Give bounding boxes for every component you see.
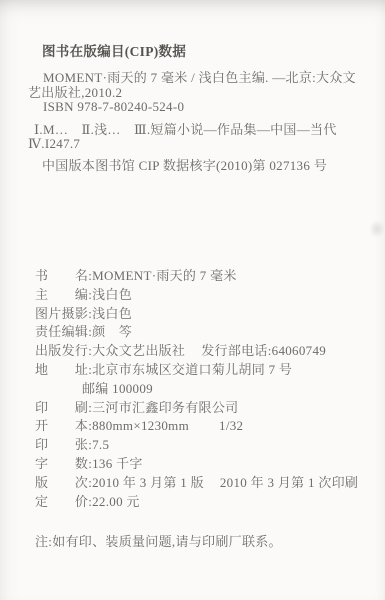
row-label: 出版发行: [35, 342, 88, 361]
row-value: 颜 笒: [92, 324, 132, 339]
cip-entry-line-2: 艺出版社,2010.2: [28, 86, 361, 101]
row-label: 图片摄影: [35, 305, 88, 324]
classification-line-2: Ⅳ.I247.7: [28, 137, 361, 151]
colophon-row-responsible-editor: 责任编辑:颜 笒: [28, 323, 361, 342]
row-value: 北京市东城区交道口菊儿胡同 7 号: [92, 362, 292, 377]
colophon-row-format: 开 本:880mm×1230mm1/32: [28, 417, 361, 436]
row-value-secondary: 1/32: [219, 418, 243, 433]
row-value: MOMENT·雨天的 7 毫米: [92, 268, 237, 283]
cip-entry: MOMENT·雨天的 7 毫米 / 浅白色主编. —北京:大众文 艺出版社,20…: [28, 71, 361, 100]
row-label: 字 数: [35, 455, 88, 474]
colophon-row-chief-editor: 主 编:浅白色: [28, 286, 361, 305]
colophon-row-title: 书 名:MOMENT·雨天的 7 毫米: [28, 267, 361, 286]
book-copyright-page: 图书在版编目(CIP)数据 MOMENT·雨天的 7 毫米 / 浅白色主编. —…: [0, 0, 385, 600]
colophon-row-photography: 图片摄影:浅白色: [28, 305, 361, 324]
row-value: 7.5: [92, 437, 109, 452]
row-label: 责任编辑: [35, 323, 88, 342]
colophon-row-publisher: 出版发行:大众文艺出版社发行部电话:64060749: [28, 342, 361, 361]
cip-entry-line-1: MOMENT·雨天的 7 毫米 / 浅白色主编. —北京:大众文: [43, 71, 361, 86]
row-value: 浅白色: [92, 306, 132, 321]
row-value-secondary: 2010 年 3 月第 1 次印刷: [220, 475, 358, 490]
row-label: 印 张: [35, 436, 88, 455]
row-label: 地 址: [35, 361, 88, 380]
cip-record-line: 中国版本图书馆 CIP 数据核字(2010)第 027136 号: [42, 159, 361, 174]
colophon-row-edition: 版 次:2010 年 3 月第 1 版2010 年 3 月第 1 次印刷: [28, 474, 361, 493]
quality-note-line: 注:如有印、装质量问题,请与印刷厂联系。: [35, 533, 361, 551]
row-value: 三河市汇鑫印务有限公司: [92, 400, 238, 415]
postal-code-value: 邮编 100009: [82, 381, 153, 396]
row-value: 大众文艺出版社: [92, 343, 185, 358]
row-label: 书 名: [35, 267, 88, 286]
classification-line-1: Ⅰ.M… Ⅱ.浅… Ⅲ.短篇小说—作品集—中国—当代: [34, 123, 361, 137]
colophon-row-address: 地 址:北京市东城区交道口菊儿胡同 7 号: [28, 361, 361, 380]
row-label: 开 本: [35, 417, 88, 436]
row-value: 880mm×1230mm: [92, 418, 189, 433]
colophon-row-sheets: 印 张:7.5: [28, 436, 361, 455]
row-value: 浅白色: [92, 287, 132, 302]
colophon-row-price: 定 价:22.00 元: [28, 493, 361, 512]
row-value: 136 千字: [92, 456, 143, 471]
colophon-row-word-count: 字 数:136 千字: [28, 455, 361, 474]
row-label: 印 刷: [35, 399, 88, 418]
row-label: 版 次: [35, 474, 88, 493]
row-label: 定 价: [35, 493, 88, 512]
row-value: 2010 年 3 月第 1 版: [92, 475, 204, 490]
page-content: 图书在版编目(CIP)数据 MOMENT·雨天的 7 毫米 / 浅白色主编. —…: [0, 0, 385, 600]
cip-heading: 图书在版编目(CIP)数据: [42, 44, 361, 60]
row-label: 主 编: [35, 286, 88, 305]
row-value: 22.00 元: [92, 494, 140, 509]
isbn-line: ISBN 978-7-80240-524-0: [43, 100, 361, 115]
colophon-list: 书 名:MOMENT·雨天的 7 毫米 主 编:浅白色 图片摄影:浅白色 责任编…: [28, 267, 361, 511]
colophon-row-printer: 印 刷:三河市汇鑫印务有限公司: [28, 399, 361, 418]
cip-classification: Ⅰ.M… Ⅱ.浅… Ⅲ.短篇小说—作品集—中国—当代 Ⅳ.I247.7: [28, 123, 361, 151]
row-value-secondary: 发行部电话:64060749: [201, 343, 326, 358]
postal-code-line: 邮编 100009: [28, 380, 361, 399]
